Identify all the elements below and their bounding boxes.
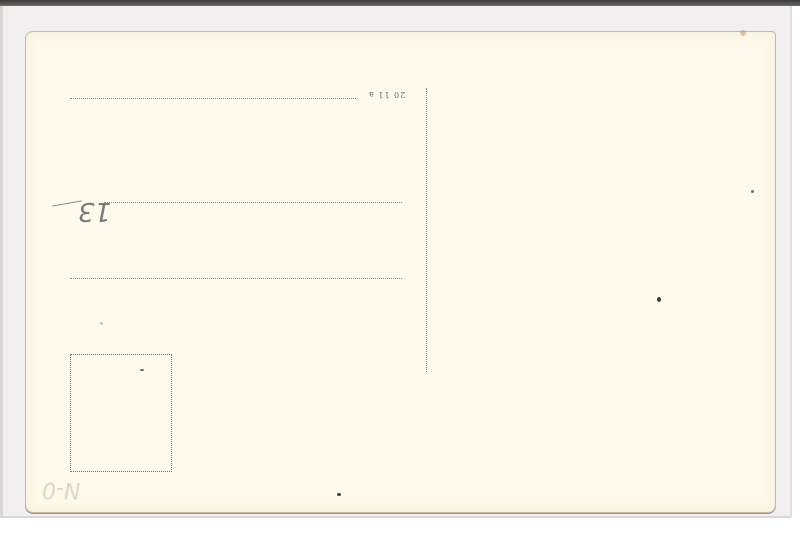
sleeve-left-edge (0, 6, 3, 518)
speck (140, 369, 144, 371)
address-line-2 (104, 202, 402, 203)
foxing-stain (100, 322, 103, 325)
printer-mark: 20 11 a (368, 90, 405, 99)
speck (657, 297, 661, 302)
foxing-stain (740, 30, 746, 36)
address-line-3 (70, 278, 402, 279)
faint-pencil-mark: N-0 (42, 477, 80, 502)
address-line-1 (70, 98, 356, 99)
center-divider-line (426, 88, 427, 372)
stamp-box (70, 354, 172, 472)
speck (751, 190, 754, 193)
pencil-note: 13 (78, 196, 111, 226)
speck (337, 493, 341, 496)
